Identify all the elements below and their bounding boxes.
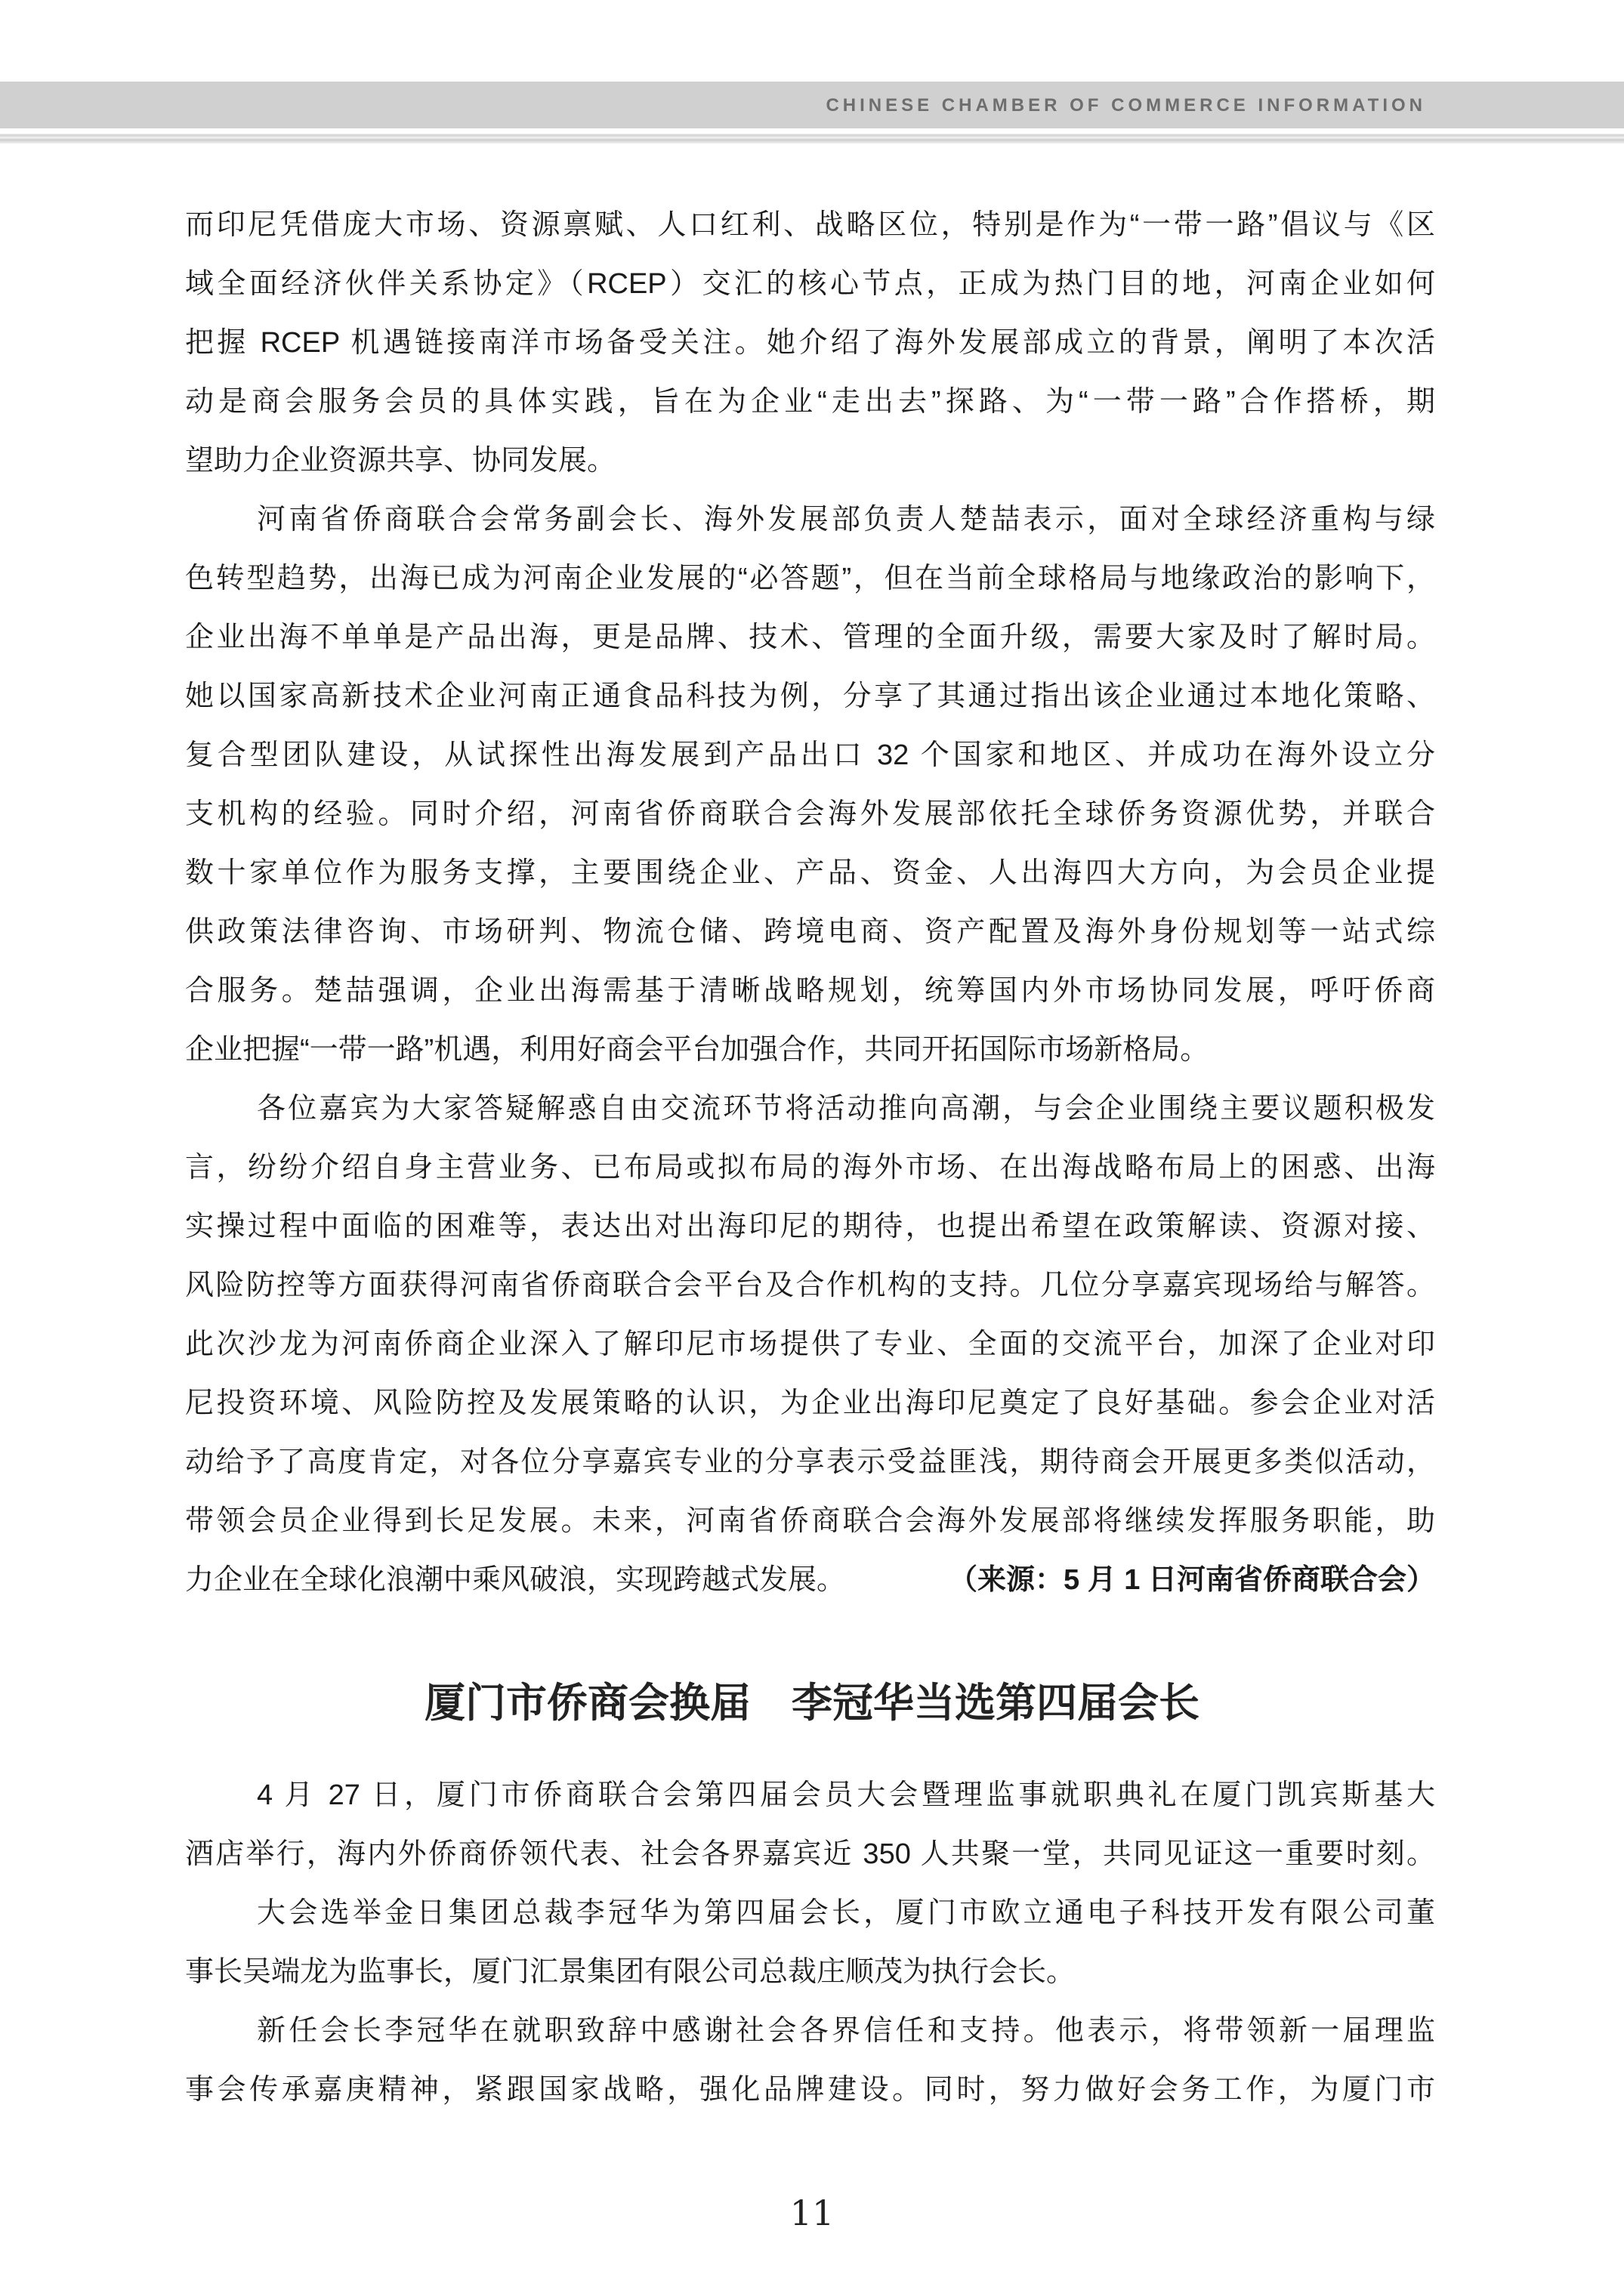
text-line: 带领会员企业得到长足发展。未来，河南省侨商联合会海外发展部将继续发挥服务职能，助 — [185, 1492, 1435, 1551]
text-line: 而印尼凭借庞大市场、资源禀赋、人口红利、战略区位，特别是作为“一带一路”倡议与《… — [185, 196, 1435, 255]
text-line: 动是商会服务会员的具体实践，旨在为企业“走出去”探路、为“一带一路”合作搭桥，期 — [185, 372, 1435, 431]
text-line: 域全面经济伙伴关系协定》（RCEP）交汇的核心节点，正成为热门目的地，河南企业如… — [185, 255, 1435, 313]
text-line: 事会传承嘉庚精神，紧跟国家战略，强化品牌建设。同时，努力做好会务工作，为厦门市 — [185, 2060, 1435, 2119]
page-number: 11 — [0, 2193, 1624, 2233]
text-line: 动给予了高度肯定，对各位分享嘉宾专业的分享表示受益匪浅，期待商会开展更多类似活动… — [185, 1433, 1435, 1492]
text-line: 供政策法律咨询、市场研判、物流仓储、跨境电商、资产配置及海外身份规划等一站式综 — [185, 903, 1435, 961]
text-line: 望助力企业资源共享、协同发展。 — [185, 431, 1435, 490]
article-xiamen-heading: 厦门市侨商会换届 李冠华当选第四届会长 — [0, 1674, 1624, 1733]
article-henan-body: 而印尼凭借庞大市场、资源禀赋、人口红利、战略区位，特别是作为“一带一路”倡议与《… — [185, 196, 1435, 1609]
article-xiamen-body: 4 月 27 日，厦门市侨商联合会第四届会员大会暨理监事就职典礼在厦门凯宾斯基大… — [185, 1766, 1435, 2119]
text-line: 大会选举金日集团总裁李冠华为第四届会长，厦门市欧立通电子科技开发有限公司董 — [185, 1884, 1435, 1943]
text-line: 合服务。楚喆强调，企业出海需基于清晰战略规划，统筹国内外市场协同发展，呼吁侨商 — [185, 961, 1435, 1020]
text-line: 新任会长李冠华在就职致辞中感谢社会各界信任和支持。他表示，将带领新一届理监 — [185, 2001, 1435, 2060]
text-line: 河南省侨商联合会常务副会长、海外发展部负责人楚喆表示，面对全球经济重构与绿 — [185, 490, 1435, 549]
header-band-title: CHINESE CHAMBER OF COMMERCE INFORMATION — [826, 82, 1426, 128]
text-line: 4 月 27 日，厦门市侨商联合会第四届会员大会暨理监事就职典礼在厦门凯宾斯基大 — [185, 1766, 1435, 1825]
text-line: 企业出海不单单是产品出海，更是品牌、技术、管理的全面升级，需要大家及时了解时局。 — [185, 608, 1435, 667]
text-line: 此次沙龙为河南侨商企业深入了解印尼市场提供了专业、全面的交流平台，加深了企业对印 — [185, 1315, 1435, 1374]
text-line: 风险防控等方面获得河南省侨商联合会平台及合作机构的支持。几位分享嘉宾现场给与解答… — [185, 1256, 1435, 1315]
text-line: 数十家单位作为服务支撑，主要围绕企业、产品、资金、人出海四大方向，为会员企业提 — [185, 844, 1435, 903]
text-line: 支机构的经验。同时介绍，河南省侨商联合会海外发展部依托全球侨务资源优势，并联合 — [185, 785, 1435, 844]
text-line: 复合型团队建设，从试探性出海发展到产品出口 32 个国家和地区、并成功在海外设立… — [185, 726, 1435, 785]
text-line: 事长吴端龙为监事长，厦门汇景集团有限公司总裁庄顺茂为执行会长。 — [185, 1943, 1435, 2001]
heading-part-2: 李冠华当选第四届会长 — [792, 1674, 1199, 1733]
text-line: 酒店举行，海内外侨商侨领代表、社会各界嘉宾近 350 人共聚一堂，共同见证这一重… — [185, 1825, 1435, 1884]
text-line-main: 力企业在全球化浪潮中乘风破浪，实现跨越式发展。 — [185, 1551, 845, 1609]
text-line: 各位嘉宾为大家答疑解惑自由交流环节将活动推向高潮，与会企业围绕主要议题积极发 — [185, 1079, 1435, 1138]
text-line: 把握 RCEP 机遇链接南洋市场备受关注。她介绍了海外发展部成立的背景，阐明了本… — [185, 313, 1435, 372]
text-line: 力企业在全球化浪潮中乘风破浪，实现跨越式发展。（来源：5 月 1 日河南省侨商联… — [185, 1551, 1435, 1609]
heading-part-1: 厦门市侨商会换届 — [425, 1674, 751, 1733]
text-line: 企业把握“一带一路”机遇，利用好商会平台加强合作，共同开拓国际市场新格局。 — [185, 1020, 1435, 1079]
text-line: 她以国家高新技术企业河南正通食品科技为例，分享了其通过指出该企业通过本地化策略、 — [185, 667, 1435, 726]
text-line: 实操过程中面临的困难等，表达出对出海印尼的期待，也提出希望在政策解读、资源对接、 — [185, 1197, 1435, 1256]
text-line: 色转型趋势，出海已成为河南企业发展的“必答题”，但在当前全球格局与地缘政治的影响… — [185, 549, 1435, 608]
text-line: 尼投资环境、风险防控及发展策略的认识，为企业出海印尼奠定了良好基础。参会企业对活 — [185, 1374, 1435, 1433]
text-line: 言，纷纷介绍自身主营业务、已布局或拟布局的海外市场、在出海战略布局上的困惑、出海 — [185, 1138, 1435, 1197]
document-page: CHINESE CHAMBER OF COMMERCE INFORMATION … — [0, 0, 1624, 2293]
header-divider-stripe — [0, 134, 1624, 144]
header-band: CHINESE CHAMBER OF COMMERCE INFORMATION — [0, 82, 1624, 128]
source-attribution: （来源：5 月 1 日河南省侨商联合会） — [949, 1551, 1435, 1609]
